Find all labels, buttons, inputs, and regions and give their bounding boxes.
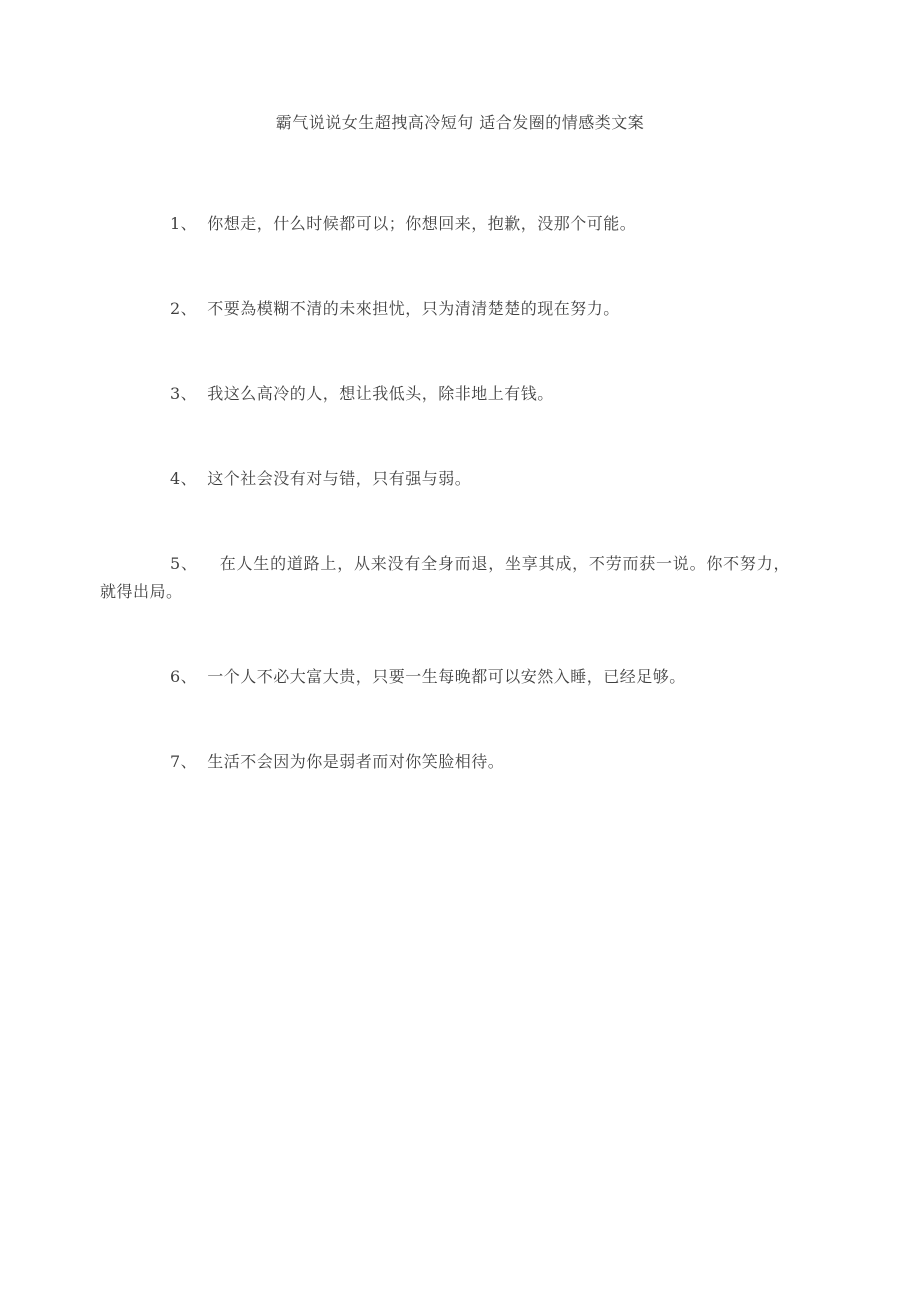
quote-item-4-text: 这个社会没有对与错，只有强与弱。 <box>207 469 471 488</box>
quote-item-2-number: 2、 <box>170 299 197 318</box>
quote-item-3-number: 3、 <box>170 384 197 403</box>
quote-item-5: 5、在人生的道路上，从来没有全身而退，坐享其成，不劳而获一说。你不努力，就得出局… <box>100 550 790 606</box>
document-title: 霸气说说女生超拽高冷短句 适合发圈的情感类文案 <box>0 0 920 134</box>
quote-item-1-number: 1、 <box>170 214 197 233</box>
quote-item-2: 2、不要為模糊不清的未來担忧，只为清清楚楚的现在努力。 <box>100 295 790 323</box>
quote-item-4-number: 4、 <box>170 469 197 488</box>
quote-item-7: 7、生活不会因为你是弱者而对你笑脸相待。 <box>100 748 790 776</box>
quote-list: 1、你想走，什么时候都可以；你想回来，抱歉，没那个可能。 2、不要為模糊不清的未… <box>100 210 790 776</box>
quote-item-1-text: 你想走，什么时候都可以；你想回来，抱歉，没那个可能。 <box>207 214 636 233</box>
quote-item-6: 6、一个人不必大富大贵，只要一生每晚都可以安然入睡，已经足够。 <box>100 663 790 691</box>
quote-item-2-text: 不要為模糊不清的未來担忧，只为清清楚楚的现在努力。 <box>207 299 620 318</box>
quote-item-5-text: 在人生的道路上，从来没有全身而退，坐享其成，不劳而获一说。你不努力，就得出局。 <box>100 554 790 601</box>
quote-item-5-number: 5、 <box>170 554 198 573</box>
quote-item-7-text: 生活不会因为你是弱者而对你笑脸相待。 <box>207 752 504 771</box>
quote-item-3-text: 我这么高冷的人，想让我低头，除非地上有钱。 <box>207 384 554 403</box>
quote-item-6-text: 一个人不必大富大贵，只要一生每晚都可以安然入睡，已经足够。 <box>207 667 686 686</box>
quote-item-4: 4、这个社会没有对与错，只有强与弱。 <box>100 465 790 493</box>
document-page: 霸气说说女生超拽高冷短句 适合发圈的情感类文案 1、你想走，什么时候都可以；你想… <box>0 0 920 1302</box>
quote-item-3: 3、我这么高冷的人，想让我低头，除非地上有钱。 <box>100 380 790 408</box>
quote-item-1: 1、你想走，什么时候都可以；你想回来，抱歉，没那个可能。 <box>100 210 790 238</box>
quote-item-6-number: 6、 <box>170 667 197 686</box>
quote-item-7-number: 7、 <box>170 752 197 771</box>
